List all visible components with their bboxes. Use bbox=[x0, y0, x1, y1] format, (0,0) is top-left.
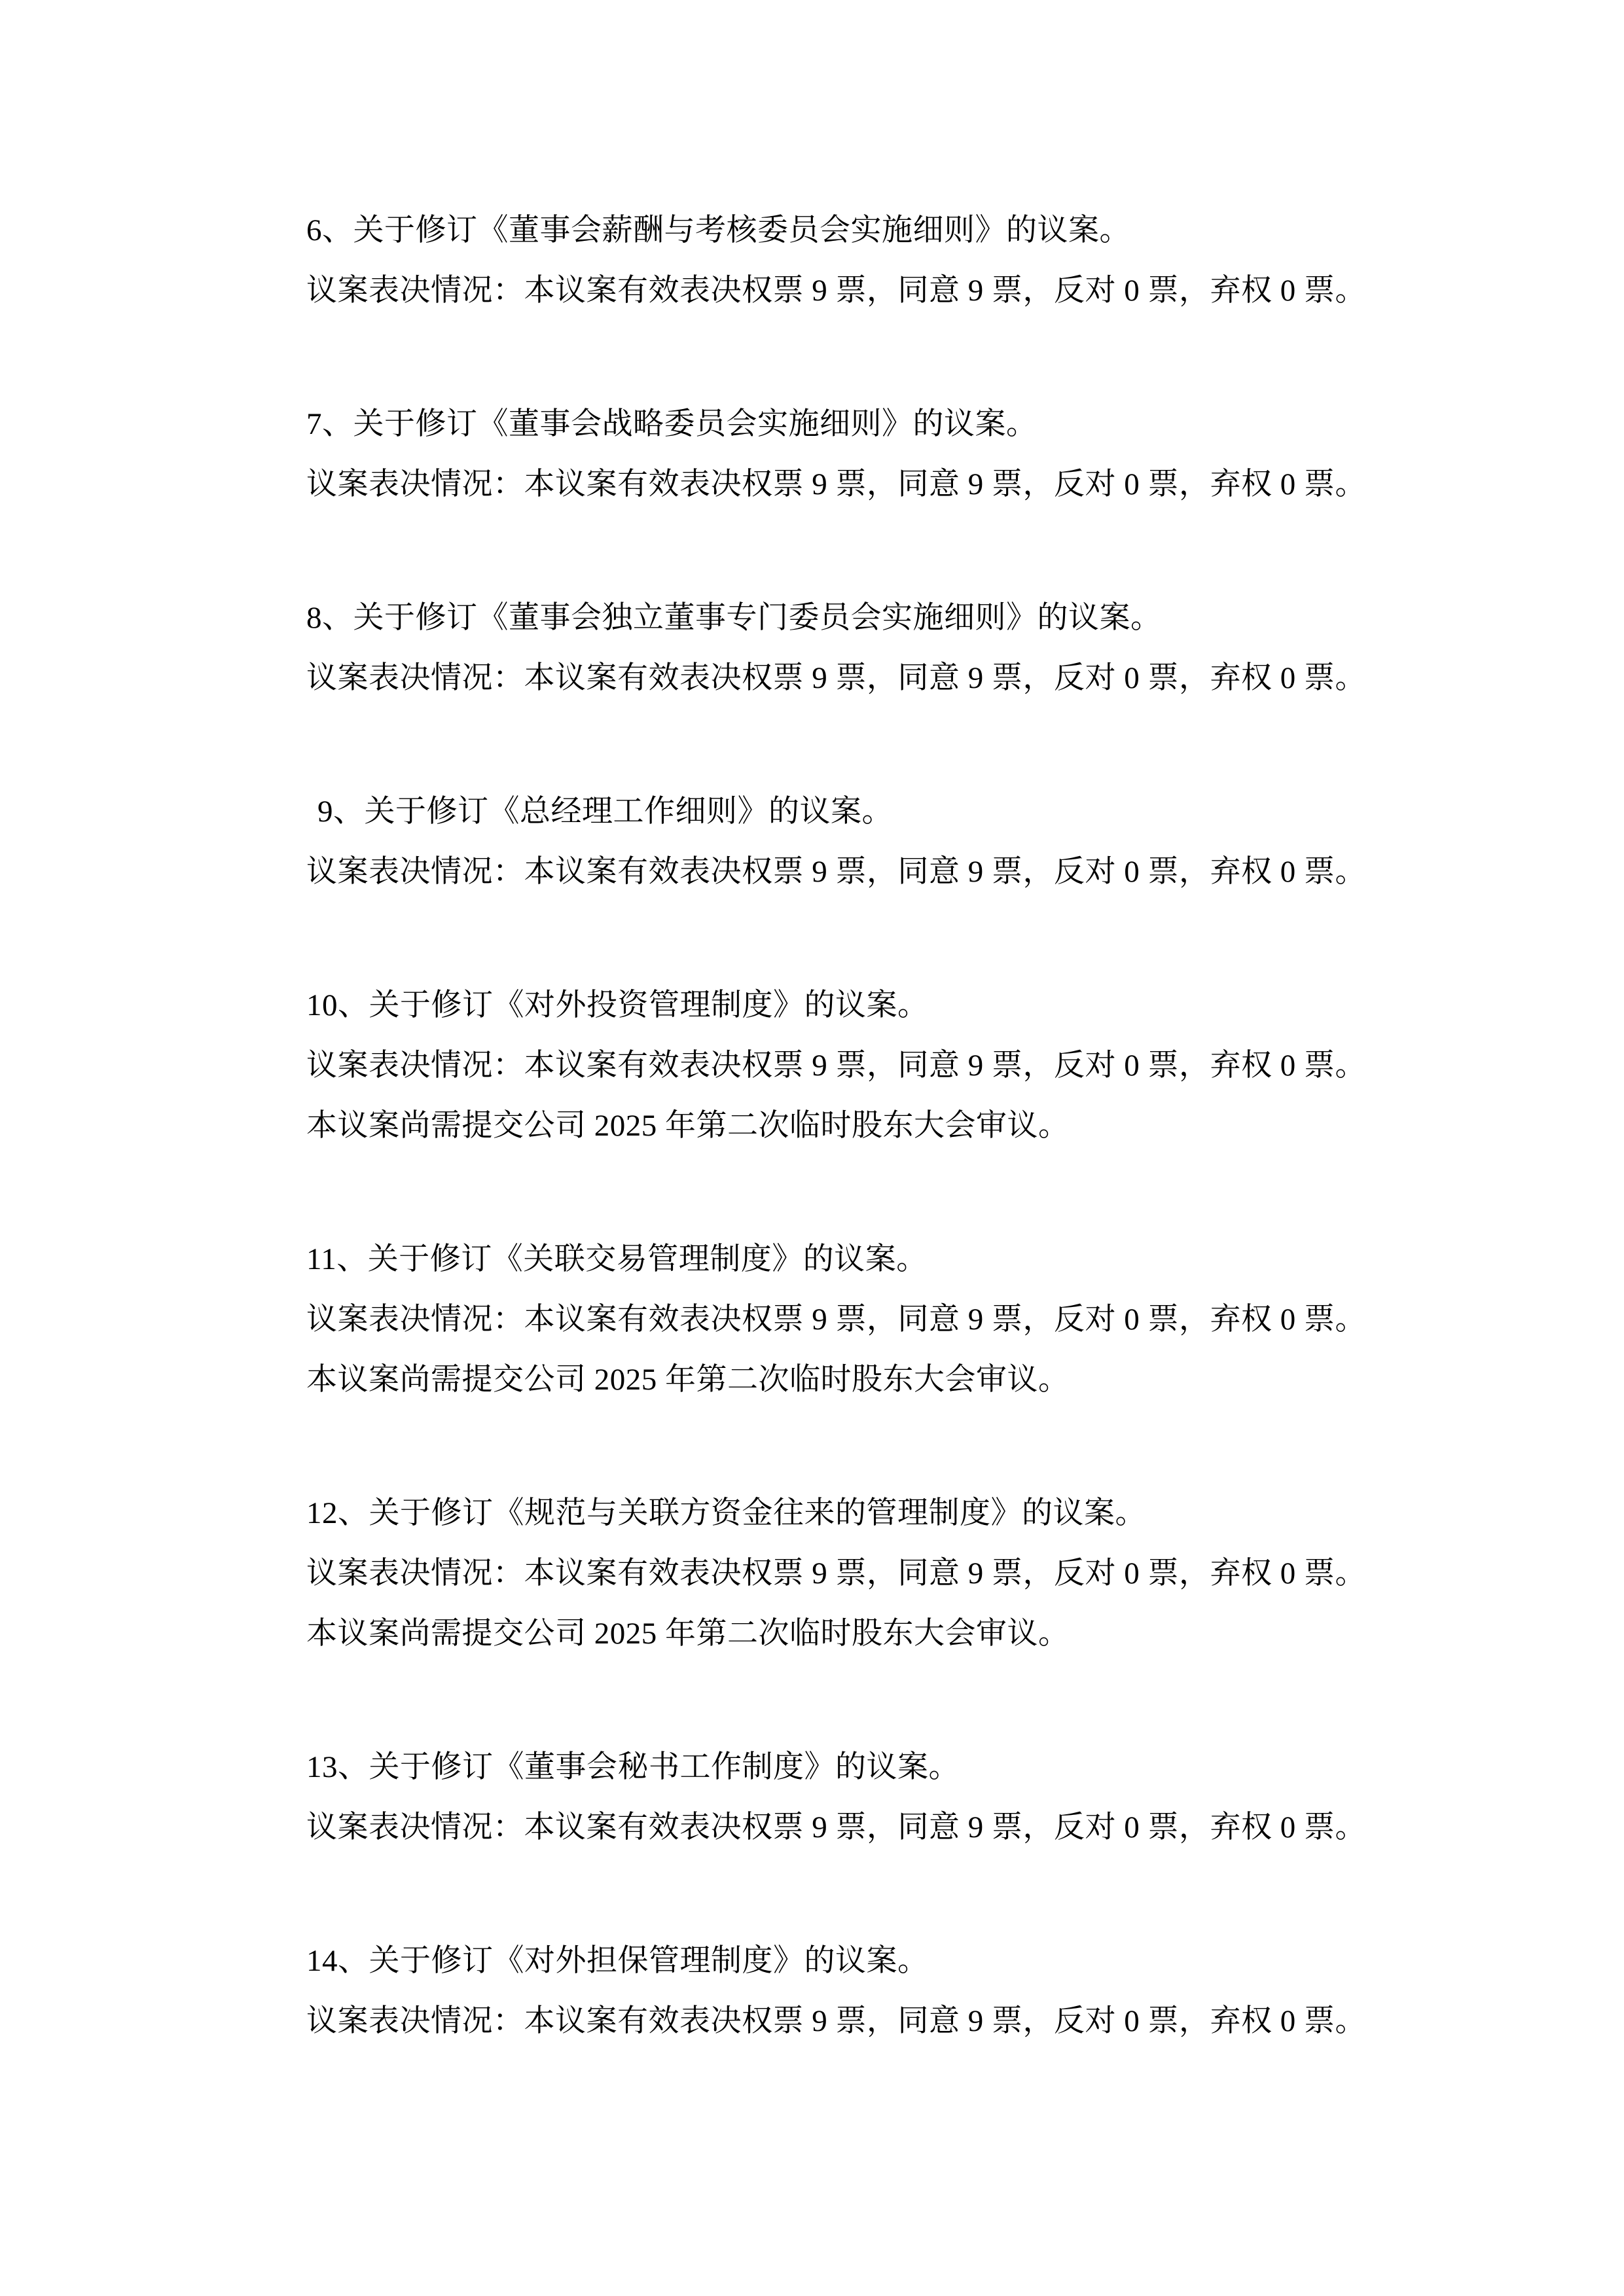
vote-result-line: 议案表决情况：本议案有效表决权票 9 票，同意 9 票，反对 0 票，弃权 0 … bbox=[306, 1991, 1428, 2051]
agenda-item-title: 12、关于修订《规范与关联方资金往来的管理制度》的议案。 bbox=[306, 1483, 1428, 1543]
agenda-item-title: 14、关于修订《对外担保管理制度》的议案。 bbox=[306, 1931, 1428, 1991]
vote-result-line: 议案表决情况：本议案有效表决权票 9 票，同意 9 票，反对 0 票，弃权 0 … bbox=[306, 1797, 1428, 1857]
shareholder-meeting-note: 本议案尚需提交公司 2025 年第二次临时股东大会审议。 bbox=[306, 1096, 1428, 1156]
vote-result-line: 议案表决情况：本议案有效表决权票 9 票，同意 9 票，反对 0 票，弃权 0 … bbox=[306, 1035, 1428, 1096]
agenda-item-title: 8、关于修订《董事会独立董事专门委员会实施细则》的议案。 bbox=[306, 588, 1428, 648]
agenda-item-11: 11、关于修订《关联交易管理制度》的议案。 议案表决情况：本议案有效表决权票 9… bbox=[306, 1229, 1428, 1410]
vote-result-line: 议案表决情况：本议案有效表决权票 9 票，同意 9 票，反对 0 票，弃权 0 … bbox=[306, 260, 1428, 321]
agenda-item-13: 13、关于修订《董事会秘书工作制度》的议案。 议案表决情况：本议案有效表决权票 … bbox=[306, 1737, 1428, 1857]
agenda-item-title: 10、关于修订《对外投资管理制度》的议案。 bbox=[306, 975, 1428, 1035]
agenda-item-title: 7、关于修订《董事会战略委员会实施细则》的议案。 bbox=[306, 394, 1428, 454]
agenda-item-12: 12、关于修订《规范与关联方资金往来的管理制度》的议案。 议案表决情况：本议案有… bbox=[306, 1483, 1428, 1664]
agenda-item-title: 6、关于修订《董事会薪酬与考核委员会实施细则》的议案。 bbox=[306, 200, 1428, 260]
agenda-item-6: 6、关于修订《董事会薪酬与考核委员会实施细则》的议案。 议案表决情况：本议案有效… bbox=[306, 200, 1428, 321]
vote-result-line: 议案表决情况：本议案有效表决权票 9 票，同意 9 票，反对 0 票，弃权 0 … bbox=[306, 1289, 1428, 1350]
agenda-item-14: 14、关于修订《对外担保管理制度》的议案。 议案表决情况：本议案有效表决权票 9… bbox=[306, 1931, 1428, 2051]
document-body: 6、关于修订《董事会薪酬与考核委员会实施细则》的议案。 议案表决情况：本议案有效… bbox=[306, 200, 1428, 2125]
vote-result-line: 议案表决情况：本议案有效表决权票 9 票，同意 9 票，反对 0 票，弃权 0 … bbox=[306, 842, 1428, 902]
vote-result-line: 议案表决情况：本议案有效表决权票 9 票，同意 9 票，反对 0 票，弃权 0 … bbox=[306, 1543, 1428, 1604]
document-page: 6、关于修订《董事会薪酬与考核委员会实施细则》的议案。 议案表决情况：本议案有效… bbox=[0, 0, 1624, 2296]
agenda-item-title: 9、关于修订《总经理工作细则》的议案。 bbox=[306, 781, 1428, 842]
vote-result-line: 议案表决情况：本议案有效表决权票 9 票，同意 9 票，反对 0 票，弃权 0 … bbox=[306, 648, 1428, 708]
agenda-item-9: 9、关于修订《总经理工作细则》的议案。 议案表决情况：本议案有效表决权票 9 票… bbox=[306, 781, 1428, 902]
agenda-item-title: 11、关于修订《关联交易管理制度》的议案。 bbox=[306, 1229, 1428, 1289]
shareholder-meeting-note: 本议案尚需提交公司 2025 年第二次临时股东大会审议。 bbox=[306, 1350, 1428, 1410]
agenda-item-title: 13、关于修订《董事会秘书工作制度》的议案。 bbox=[306, 1737, 1428, 1797]
agenda-item-8: 8、关于修订《董事会独立董事专门委员会实施细则》的议案。 议案表决情况：本议案有… bbox=[306, 588, 1428, 708]
agenda-item-7: 7、关于修订《董事会战略委员会实施细则》的议案。 议案表决情况：本议案有效表决权… bbox=[306, 394, 1428, 514]
vote-result-line: 议案表决情况：本议案有效表决权票 9 票，同意 9 票，反对 0 票，弃权 0 … bbox=[306, 454, 1428, 514]
agenda-item-10: 10、关于修订《对外投资管理制度》的议案。 议案表决情况：本议案有效表决权票 9… bbox=[306, 975, 1428, 1156]
shareholder-meeting-note: 本议案尚需提交公司 2025 年第二次临时股东大会审议。 bbox=[306, 1604, 1428, 1664]
